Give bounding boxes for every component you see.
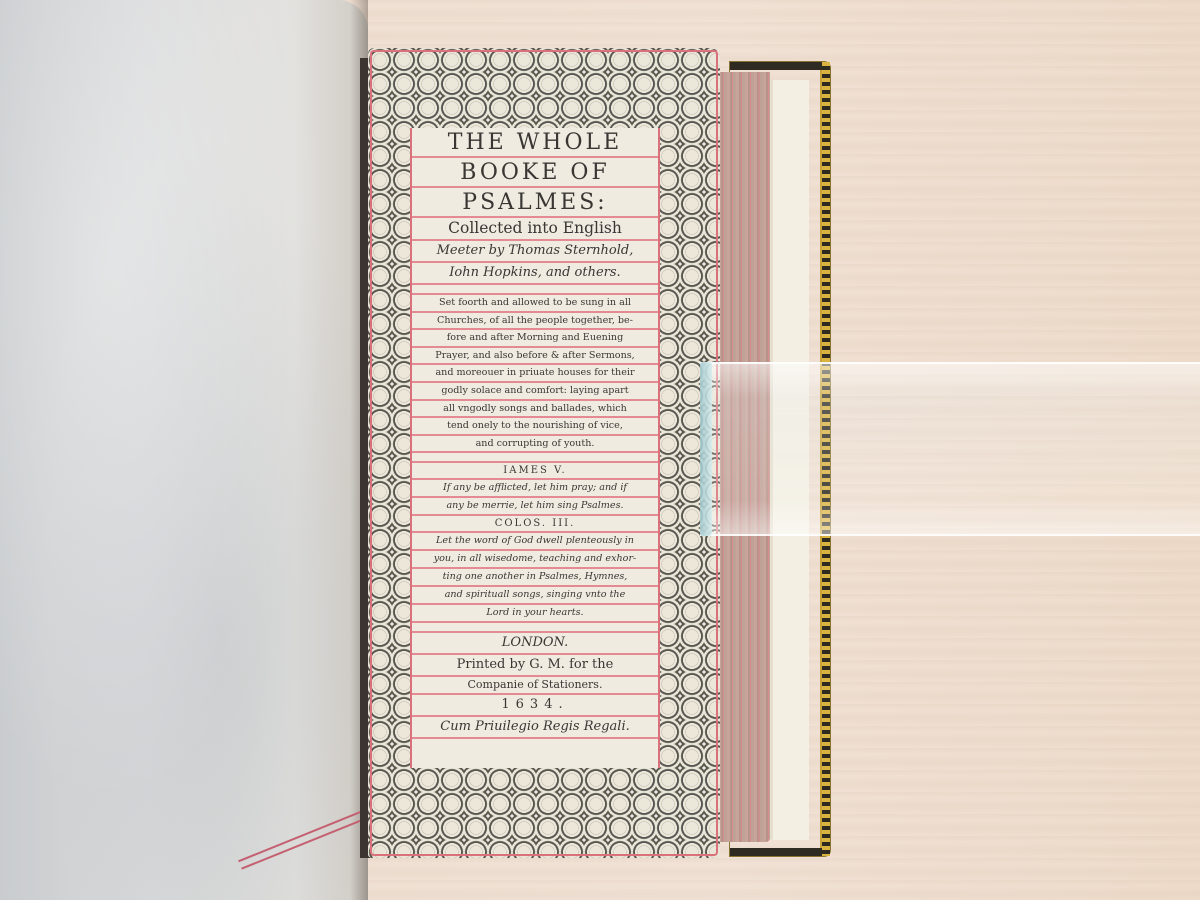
scripture-reference: IAMES V.	[412, 463, 658, 480]
photo-scene: THE WHOLE BOOKE OF PSALMES: Collected in…	[0, 0, 1200, 900]
description-line: Set foorth and allowed to be sung in all	[412, 295, 658, 313]
description-line: Prayer, and also before & after Sermons,	[412, 348, 658, 366]
imprint-privilege: Cum Priuilegio Regis Regali.	[412, 717, 658, 739]
scripture-line: ting one another in Psalmes, Hymnes,	[412, 569, 658, 587]
imprint-year: 1634.	[412, 695, 658, 717]
title-page: THE WHOLE BOOKE OF PSALMES: Collected in…	[368, 48, 720, 858]
description-line: and moreouer in priuate houses for their	[412, 365, 658, 383]
description-line: Churches, of all the people together, be…	[412, 313, 658, 331]
scripture-line: Let the word of God dwell plenteously in	[412, 533, 658, 551]
ruled-gap	[412, 285, 658, 295]
subtitle-line: Meeter by Thomas Sternhold,	[412, 241, 658, 263]
acrylic-book-support	[700, 362, 1200, 536]
left-page-verso	[0, 0, 368, 900]
ruled-gap	[412, 453, 658, 463]
subtitle-line: Collected into English	[412, 218, 658, 241]
title-line: BOOKE OF	[412, 158, 658, 188]
scripture-line: any be merrie, let him sing Psalmes.	[412, 498, 658, 516]
imprint-printer: Companie of Stationers.	[412, 677, 658, 695]
scripture-line: Lord in your hearts.	[412, 605, 658, 623]
title-text-panel: THE WHOLE BOOKE OF PSALMES: Collected in…	[410, 128, 660, 768]
imprint-city: LONDON.	[412, 633, 658, 655]
title-line: THE WHOLE	[412, 128, 658, 158]
description-line: fore and after Morning and Euening	[412, 330, 658, 348]
acrylic-support-edge	[700, 362, 712, 536]
description-line: tend onely to the nourishing of vice,	[412, 418, 658, 436]
description-line: godly solace and comfort: laying apart	[412, 383, 658, 401]
scripture-line: you, in all wisedome, teaching and exhor…	[412, 551, 658, 569]
ruled-gap	[412, 623, 658, 633]
description-line: and corrupting of youth.	[412, 436, 658, 454]
scripture-reference: COLOS. III.	[412, 516, 658, 533]
description-line: all vngodly songs and ballades, which	[412, 401, 658, 419]
scripture-line: If any be afflicted, let him pray; and i…	[412, 480, 658, 498]
imprint-printer: Printed by G. M. for the	[412, 655, 658, 677]
scripture-line: and spirituall songs, singing vnto the	[412, 587, 658, 605]
subtitle-line: Iohn Hopkins, and others.	[412, 263, 658, 285]
title-line: PSALMES:	[412, 188, 658, 218]
